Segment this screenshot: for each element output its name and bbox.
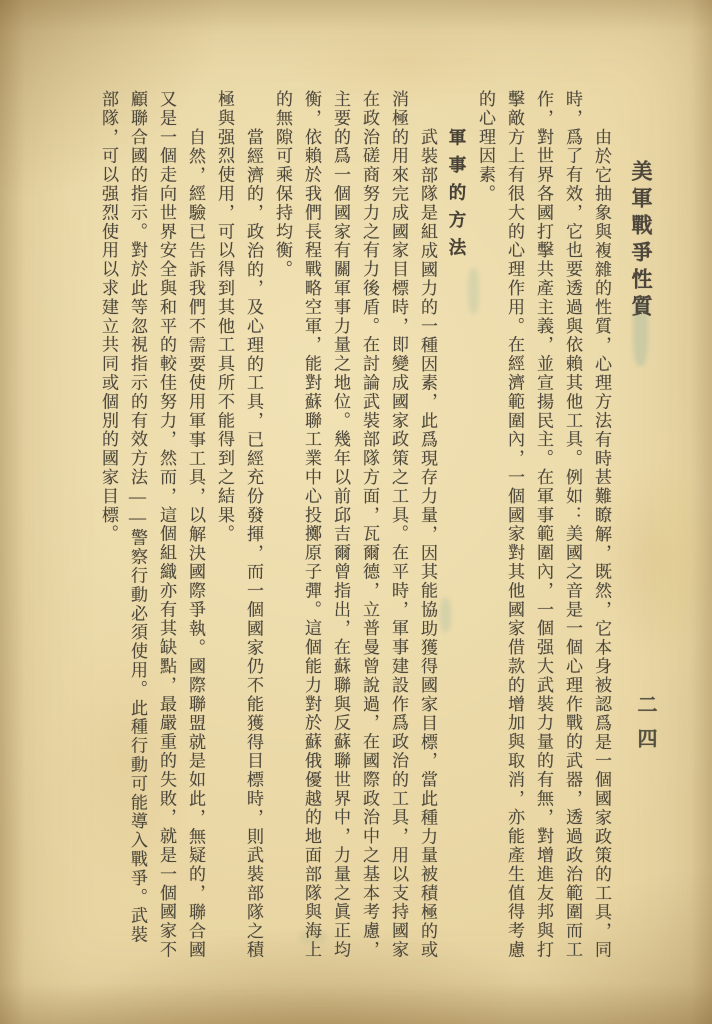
scanned-document-page: 美軍戰爭性質 二四 由於它抽象與複雜的性質，心理方法有時甚難瞭解，既然，它本身被… <box>0 0 712 1024</box>
body-paragraph-3: 當經濟的，政治的，及心理的工具，已經充份發揮，而一個國家仍不能獲得目標時，則武裝… <box>210 90 268 962</box>
running-title: 美軍戰爭性質 <box>626 160 656 322</box>
section-heading: 軍事的方法 <box>442 90 471 962</box>
paper-highlight <box>640 380 710 710</box>
body-paragraph-2: 武裝部隊是組成國力的一種因素，此爲現存力量，因其能協助獲得國家目標，當此種力量被… <box>268 90 442 962</box>
body-paragraph-1: 由於它抽象與複雜的性質，心理方法有時甚難瞭解，既然，它本身被認爲是一個國家政策的… <box>471 90 616 962</box>
document-body: 由於它抽象與複雜的性質，心理方法有時甚難瞭解，既然，它本身被認爲是一個國家政策的… <box>71 90 616 962</box>
page-number: 二四 <box>631 694 660 762</box>
body-paragraph-4: 自然，經驗已告訴我們不需要使用軍事工具，以解決國際爭執。國際聯盟就是如此，無疑的… <box>94 90 210 962</box>
